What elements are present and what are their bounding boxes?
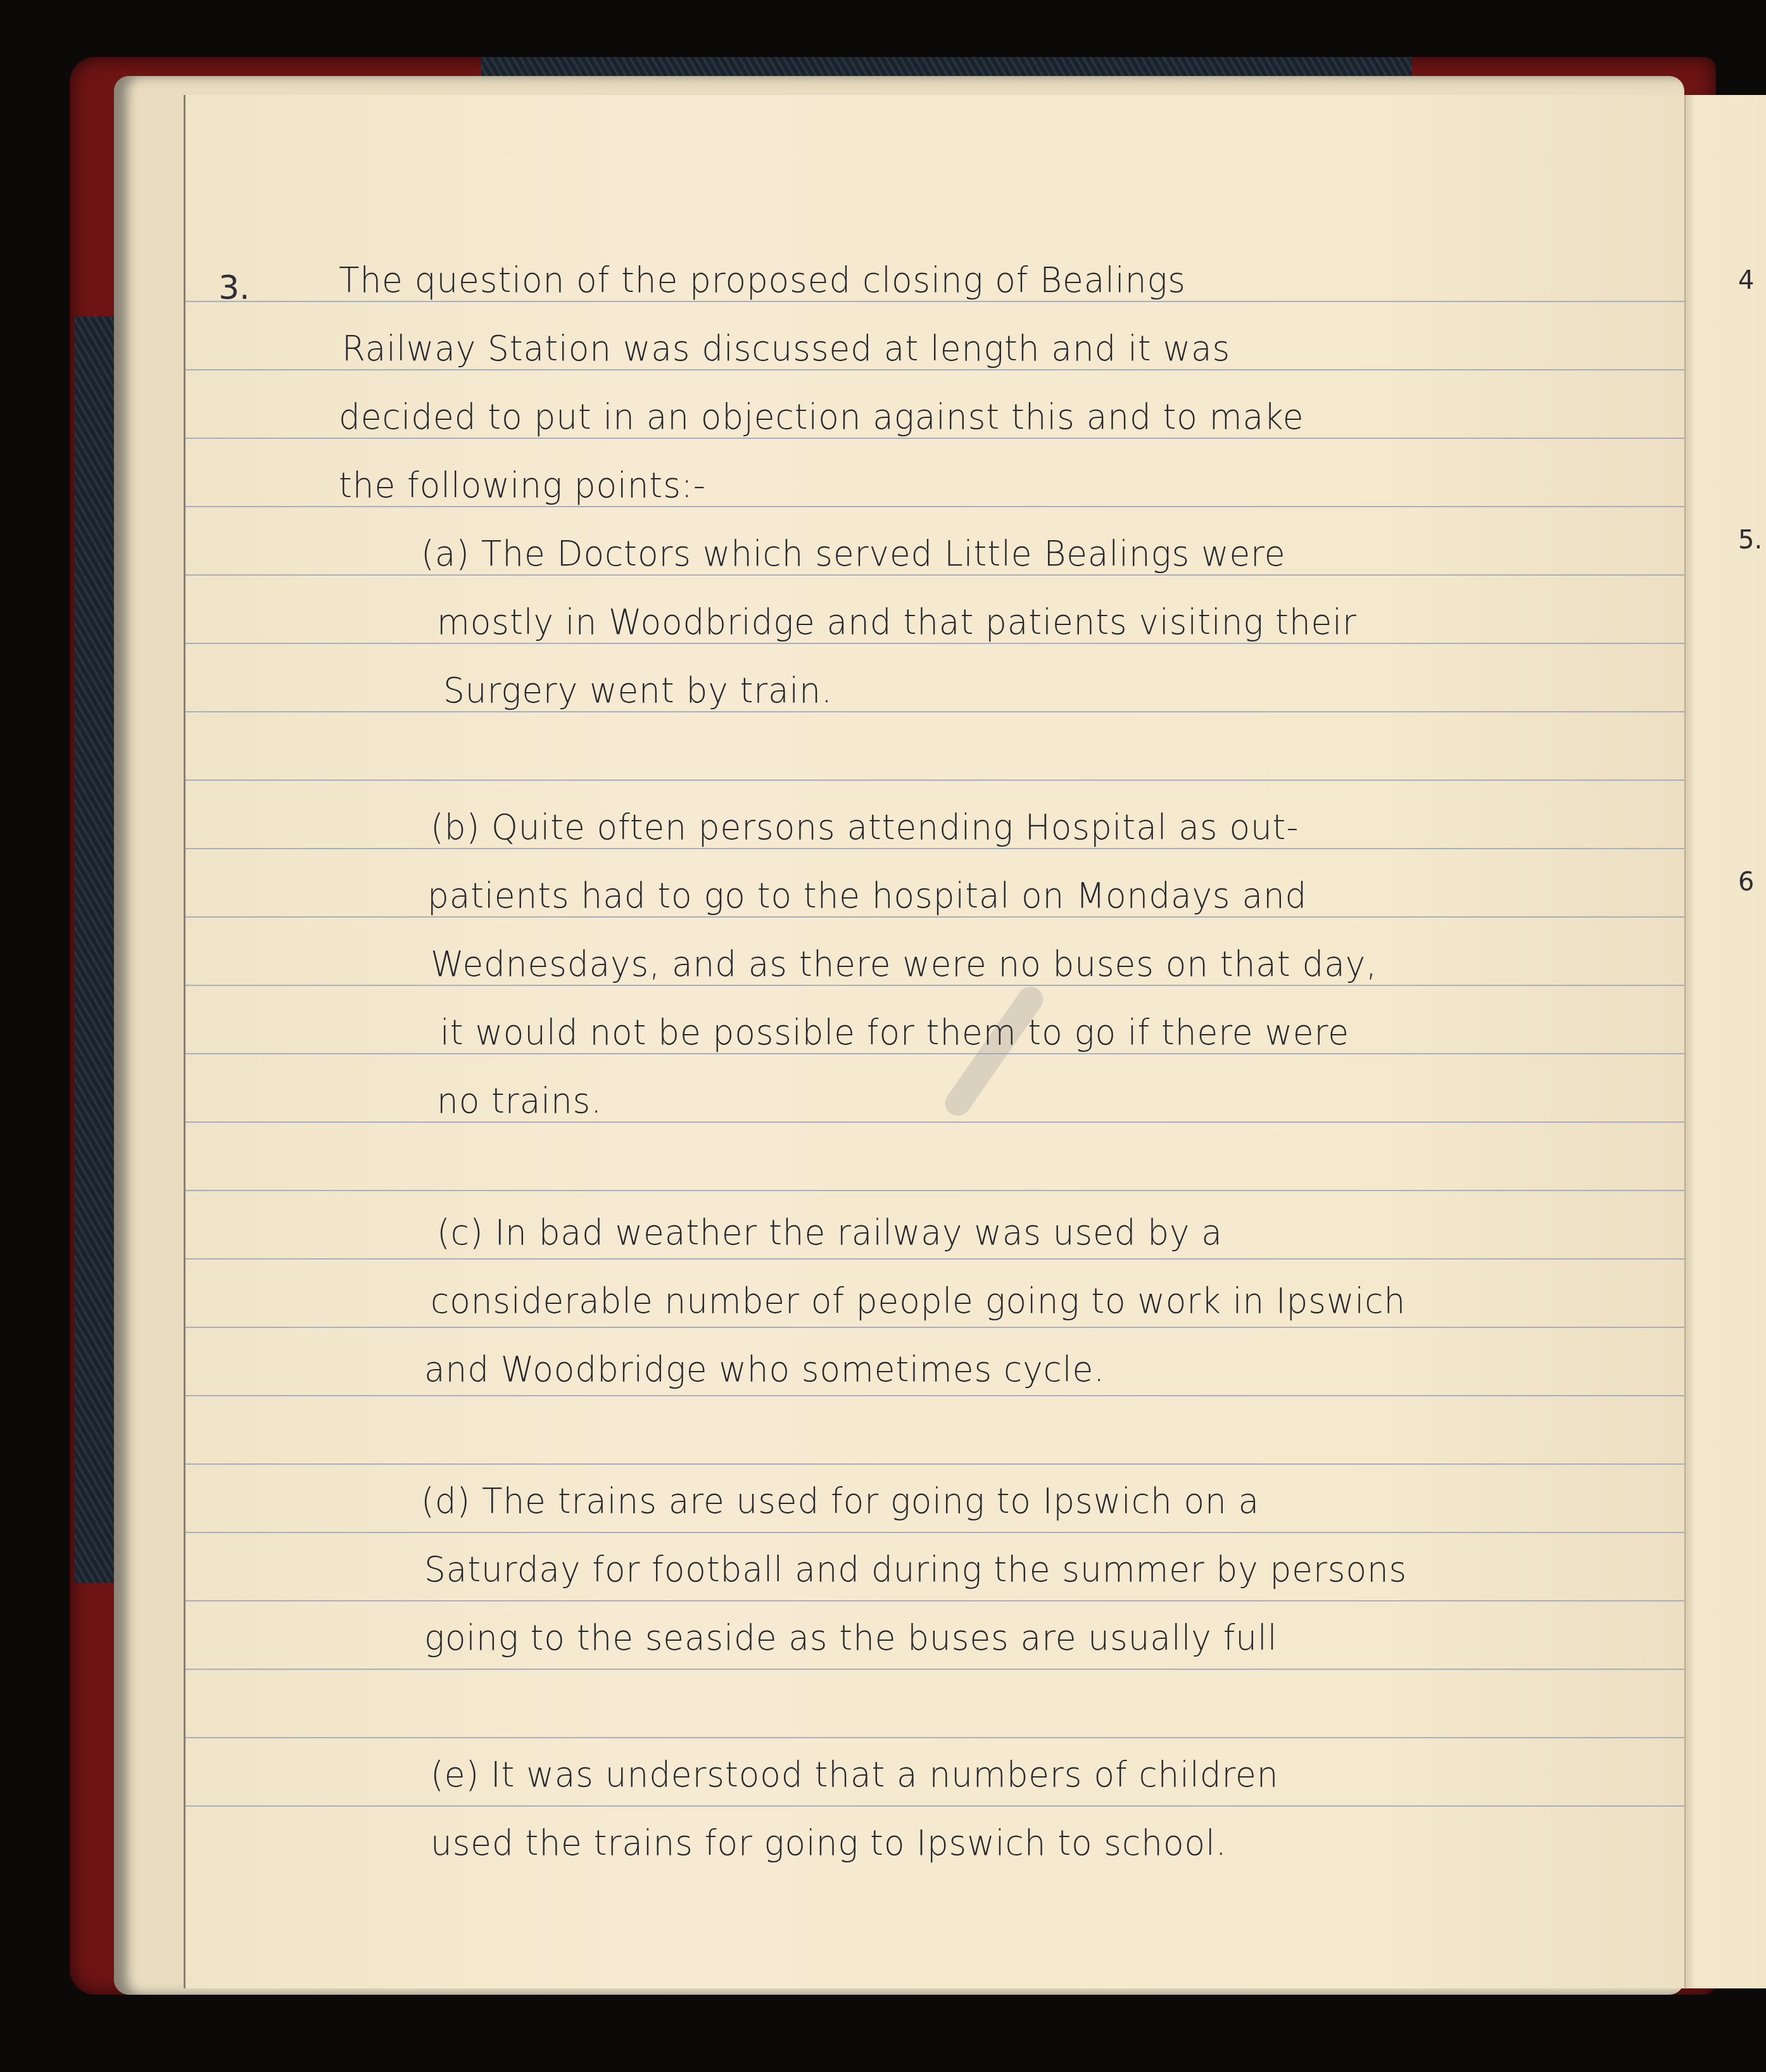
rule-line [186,1463,1686,1465]
rule-line [186,506,1686,507]
rule-line [186,1600,1686,1601]
rule-line [186,916,1686,918]
rule-line [186,1395,1686,1396]
rule-line [186,574,1686,576]
rule-line [186,1737,1686,1738]
point-c-line: and Woodbridge who sometimes cycle. [424,1349,1105,1390]
text-line: decided to put in an objection against t… [339,396,1304,438]
rule-line [186,301,1686,302]
point-e-line: used the trains for going to Ipswich to … [431,1822,1227,1864]
rule-line [186,848,1686,849]
point-a-line: (a) The Doctors which served Little Beal… [421,533,1285,574]
rule-line [186,643,1686,644]
text-line: the following points:- [339,465,706,506]
rule-line [186,369,1686,370]
point-b-line: patients had to go to the hospital on Mo… [427,875,1307,916]
facing-page-edge [1684,95,1766,1988]
rule-line [186,1327,1686,1328]
rule-line [186,1805,1686,1807]
rule-line [186,711,1686,712]
point-d-line: going to the seaside as the buses are us… [424,1617,1277,1658]
point-c-line: considerable number of people going to w… [431,1280,1406,1322]
point-d-line: Saturday for football and during the sum… [424,1549,1407,1590]
text-line: Railway Station was discussed at length … [342,328,1230,369]
item-number: 3. [218,269,250,307]
facing-margin-number: 4 [1738,266,1754,295]
rule-line [186,985,1686,986]
rule-line [186,780,1686,781]
point-a-line: Surgery went by train. [443,670,833,711]
rule-line [186,1258,1686,1260]
point-b-line: Wednesdays, and as there were no buses o… [431,944,1377,985]
rule-line [186,1190,1686,1191]
point-b-line: it would not be possible for them to go … [440,1012,1349,1053]
point-c-line: (c) In bad weather the railway was used … [437,1212,1223,1253]
point-b-line: (b) Quite often persons attending Hospit… [431,807,1299,848]
text-line: The question of the proposed closing of … [339,260,1186,301]
point-d-line: (d) The trains are used for going to Ips… [421,1481,1259,1522]
point-a-line: mostly in Woodbridge and that patients v… [437,602,1357,643]
rule-line [186,1669,1686,1670]
rule-line [186,438,1686,439]
facing-margin-number: 5. [1738,526,1762,555]
facing-margin-number: 6 [1738,868,1754,897]
rule-line [186,1121,1686,1123]
point-b-line: no trains. [437,1080,602,1121]
rule-line [186,1532,1686,1533]
rule-line [186,1053,1686,1054]
point-e-line: (e) It was understood that a numbers of … [431,1754,1278,1795]
